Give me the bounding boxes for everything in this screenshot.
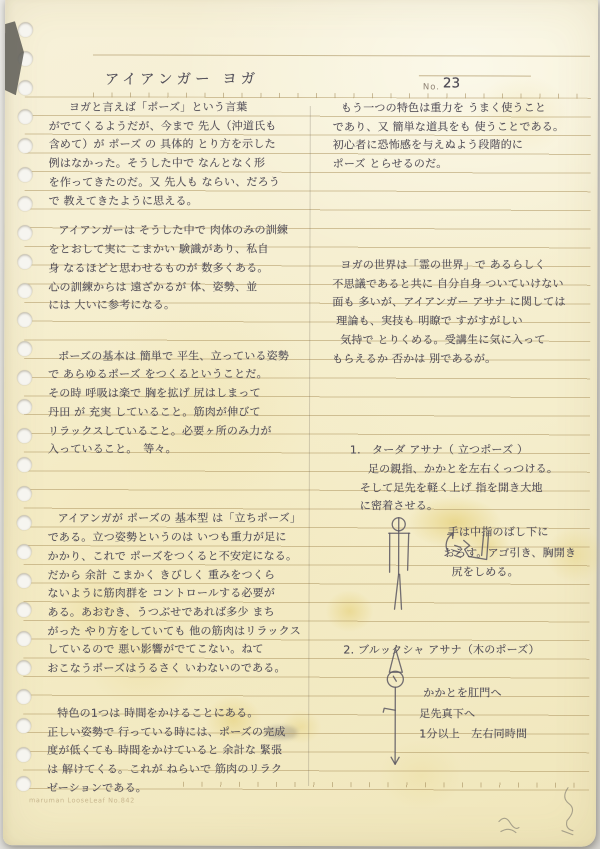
punch-hole	[18, 80, 33, 95]
hand-position-sketch	[441, 523, 501, 569]
handwriting-line: ゼーションである。	[47, 779, 147, 796]
punch-hole	[16, 747, 31, 762]
handwriting-line: ヨガの世界は「霊の世界」で あるらしく	[340, 256, 545, 273]
punch-hole	[17, 544, 32, 559]
handwriting-line: をとおして実に こまかい 験識があり、私自	[48, 241, 268, 258]
handwriting-line: 2. ブルックシャ アサナ（木のポーズ）	[343, 641, 539, 658]
handwriting-line: 面も 多いが、アイアンガー アサナ に関しては	[332, 294, 565, 311]
stick-figure-tree-pose	[377, 646, 413, 778]
handwriting-line: がでてくるようだが、今まで 先人（沖道氏も	[49, 117, 277, 134]
handwriting-line: には 大いに参考になる。	[48, 297, 175, 314]
handwriting-line: ポーズ とらせるのだ。	[333, 155, 448, 172]
punch-hole	[16, 660, 31, 675]
handwriting-line: かかとを肛門へ	[423, 685, 501, 702]
handwriting-line: に密着させる。	[360, 497, 438, 514]
punch-hole	[17, 312, 32, 327]
handwriting-line: アイアンガが ポーズの 基本型 は「立ちポーズ」	[58, 510, 301, 527]
top-margin-rule	[93, 54, 590, 56]
handwriting-line: 含めて）が ポーズ の 具体的 とり方を示した	[49, 136, 276, 153]
handwriting-line: そして足先を軽く上げ 指を開き大地	[360, 479, 543, 496]
handwriting-line: 1分以上 左右同時間	[419, 726, 527, 743]
stick-figure-standing	[382, 516, 422, 616]
handwriting-line: であり、又 簡単な道具をも 使うことである。	[333, 118, 564, 135]
handwriting-line: ないように筋肉群を コントロールする必要が	[48, 585, 276, 602]
page-title: アイアンガー ヨガ	[105, 67, 259, 89]
handwriting-line: 足の親指、かかとを左右くっつける。	[368, 460, 558, 477]
handwriting-line: 特色の1つは 時間をかけることにある。	[57, 704, 258, 721]
handwriting-line: アイアンガーは そうした中で 肉体のみの訓練	[58, 222, 288, 239]
handwriting-line: 丹田 が 充実 していること。筋肉が伸びて	[48, 403, 261, 420]
handwriting-line: かかり、これで ポーズをつくると不安定になる。	[48, 547, 298, 564]
handwriting-line: を作ってきたのだ。又 先人も ならい、だろう	[49, 173, 280, 190]
notebook-page: アイアンガー ヨガ No. 23 ヨガと言えば「ポーズ」という言葉がでてくるよう…	[3, 0, 598, 847]
punch-hole	[18, 138, 33, 153]
handwriting-line: で 教えてきたように思える。	[49, 192, 198, 209]
punch-hole	[17, 225, 32, 240]
handwriting-line: 足先真下へ	[419, 705, 475, 722]
handwriting-line: ある。あおむき、うつぶせであれば多少 まち	[47, 603, 274, 620]
punch-hole	[18, 167, 33, 182]
punch-hole	[17, 428, 32, 443]
punch-hole	[16, 689, 31, 704]
punch-hole-column	[3, 0, 45, 846]
punch-hole	[16, 602, 31, 617]
punch-hole	[18, 109, 33, 124]
pencil-scribble	[495, 813, 527, 841]
handwriting-line: 入っていること。 等々。	[48, 441, 177, 458]
punch-hole	[17, 457, 32, 472]
handwriting-line: 心の訓練からは 遠ざかるが 体、姿勢、並	[48, 278, 257, 295]
punch-hole	[17, 399, 32, 414]
page-number-value: 23	[443, 75, 460, 91]
handwriting-line: 例はなかった。そうした中で なんとなく形	[49, 155, 266, 172]
punch-hole	[16, 631, 31, 646]
punch-hole	[17, 254, 32, 269]
brand-imprint: maruman LooseLeaf No.842	[29, 796, 135, 804]
punch-hole	[18, 22, 33, 37]
handwriting-line: は 解けてくる。これが ねらいで 筋肉のリラク	[47, 760, 282, 777]
handwriting-line: リラックスしていること。必要ヶ所のみ力が	[48, 422, 272, 439]
handwriting-line: だから 余計 こまかく きびしく 重みをつくら	[48, 566, 276, 583]
punch-hole	[17, 370, 32, 385]
handwriting-line: もう一つの特色は重力を うまく使うこと	[341, 99, 546, 116]
handwriting-line: で あらゆるポーズ をつくるということだ。	[48, 366, 268, 383]
handwriting-line: その時 呼吸は楽で 胸を拡げ 尻はしまって	[48, 385, 261, 402]
handwriting-line: 気持で とりくめる。受講生に気に入って	[340, 331, 545, 348]
handwriting-line: 正しい姿勢で 行っている時には、ポーズの完成	[47, 723, 285, 740]
page-number-rule	[419, 75, 531, 76]
punch-hole	[16, 718, 31, 733]
punch-hole	[17, 515, 32, 530]
handwriting-line: しているので 悪い影響がでてこない。ねて	[47, 641, 263, 658]
punch-hole	[17, 283, 32, 298]
handwriting-line: もらえるか 否かは 別であるが。	[332, 350, 496, 367]
handwriting-line: 不思議であると共に 自分自身 ついていけない	[332, 275, 563, 292]
page-number-label: No.	[423, 82, 440, 92]
handwriting-line: がった やり方をしていても 他の筋肉はリラックス	[47, 622, 300, 639]
handwriting-line: 初心者に恐怖感を与えぬよう段階的に	[333, 137, 523, 154]
handwriting-line: 度が低くても 時間をかけていると 余計な 緊張	[47, 742, 282, 759]
punch-hole	[17, 341, 32, 356]
rule-tick-marks	[183, 782, 588, 788]
handwriting-line: ポーズの基本は 簡単で 平生、立っている姿勢	[58, 347, 289, 364]
punch-hole	[17, 486, 32, 501]
handwriting-line: 理論も、実技も 明瞭で すがすがしい	[336, 312, 523, 329]
pencil-scribble	[553, 785, 583, 839]
photo-backdrop: アイアンガー ヨガ No. 23 ヨガと言えば「ポーズ」という言葉がでてくるよう…	[0, 0, 600, 849]
handwriting-line: 身 なるほどと思わせるものが 数多くある。	[48, 259, 268, 276]
punch-hole	[18, 196, 33, 211]
handwriting-line: おこなうポーズはうるさく いわないのである。	[47, 659, 285, 676]
handwriting-line: ヨガと言えば「ポーズ」という言葉	[69, 98, 248, 115]
handwriting-line: である。立つ姿勢というのは いつも重力が足に	[48, 529, 287, 546]
punch-hole	[17, 573, 32, 588]
punch-hole	[16, 776, 31, 791]
handwriting-line: 1. ターダ アサナ（ 立つポーズ ）	[350, 441, 528, 458]
